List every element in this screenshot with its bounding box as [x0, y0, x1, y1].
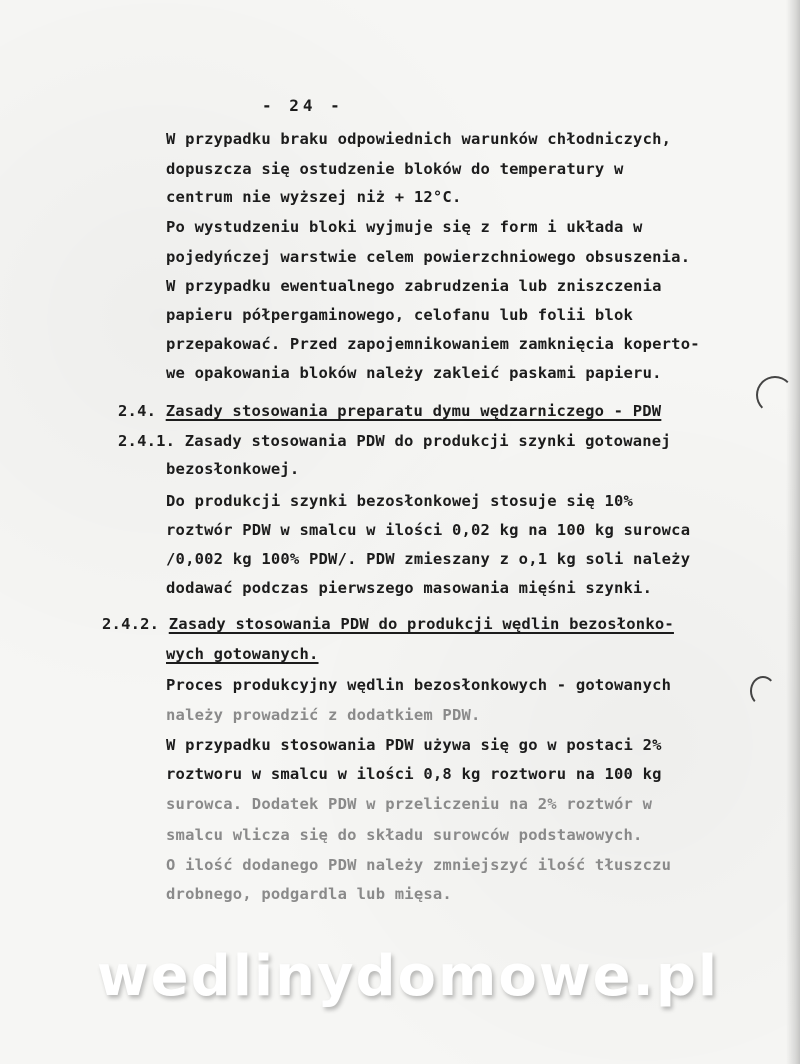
text-line: W przypadku stosowania PDW używa się go … — [166, 736, 662, 754]
page-number: - 24 - — [262, 96, 344, 115]
text-line: drobnego, podgardla lub mięsa. — [166, 885, 452, 903]
text-line: O ilość dodanego PDW należy zmniejszyć i… — [166, 856, 671, 874]
punch-hole-mark — [750, 676, 776, 706]
section-title: Zasady stosowania PDW do produkcji szynk… — [185, 432, 671, 450]
text-line: dodawać podczas pierwszego masowania mię… — [166, 579, 652, 597]
text-line: W przypadku ewentualnego zabrudzenia lub… — [166, 277, 662, 295]
section-number: 2.4.2. — [102, 615, 159, 633]
section-heading-2-4-2: 2.4.2. Zasady stosowania PDW do produkcj… — [102, 615, 674, 633]
text-line: dopuszcza się ostudzenie bloków do tempe… — [166, 160, 624, 178]
text-line: centrum nie wyższej niż + 12°C. — [166, 188, 462, 206]
section-title-continuation: bezosłonkowej. — [166, 460, 299, 478]
text-line: przepakować. Przed zapojemnikowaniem zam… — [166, 335, 700, 353]
text-line: pojedyńczej warstwie celem powierzchniow… — [166, 248, 690, 266]
punch-hole-mark — [756, 376, 794, 414]
section-number: 2.4. — [118, 402, 156, 420]
text-line: W przypadku braku odpowiednich warunków … — [166, 130, 671, 148]
text-line: smalcu wlicza się do składu surowców pod… — [166, 826, 643, 844]
text-line: należy prowadzić z dodatkiem PDW. — [166, 706, 481, 724]
section-title-continuation: wych gotowanych. — [166, 645, 319, 663]
section-number: 2.4.1. — [118, 432, 175, 450]
text-line: Po wystudzeniu bloki wyjmuje się z form … — [166, 218, 643, 236]
text-line: /0,002 kg 100% PDW/. PDW zmieszany z o,1… — [166, 550, 690, 568]
text-line: Proces produkcyjny wędlin bezosłonkowych… — [166, 676, 671, 694]
text-line: Do produkcji szynki bezosłonkowej stosuj… — [166, 492, 633, 510]
scanned-document-page: - 24 - W przypadku braku odpowiednich wa… — [0, 0, 800, 1064]
text-line: papieru półpergaminowego, celofanu lub f… — [166, 306, 633, 324]
watermark: wedlinydomowe.pl — [88, 944, 728, 1009]
page-edge-shadow — [786, 0, 800, 1064]
text-line: we opakowania bloków należy zakleić pask… — [166, 364, 662, 382]
section-title: Zasady stosowania PDW do produkcji wędli… — [169, 615, 674, 633]
section-heading-2-4-1: 2.4.1. Zasady stosowania PDW do produkcj… — [118, 432, 671, 450]
section-title: Zasady stosowania preparatu dymu wędzarn… — [166, 402, 662, 420]
text-line: roztworu w smalcu w ilości 0,8 kg roztwo… — [166, 765, 662, 783]
text-line: surowca. Dodatek PDW w przeliczeniu na 2… — [166, 795, 652, 813]
text-line: roztwór PDW w smalcu w ilości 0,02 kg na… — [166, 521, 690, 539]
section-heading-2-4: 2.4. Zasady stosowania preparatu dymu wę… — [118, 402, 661, 420]
